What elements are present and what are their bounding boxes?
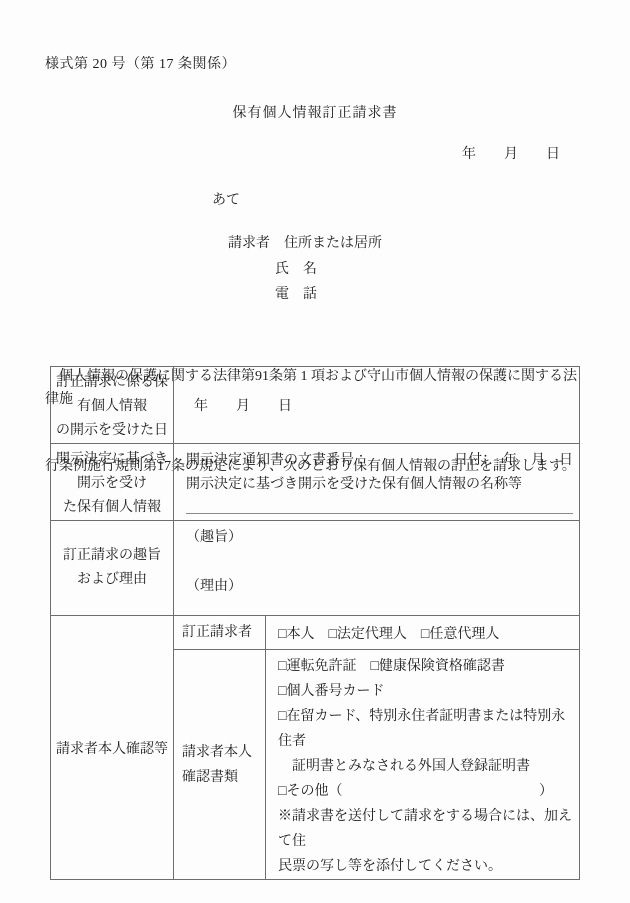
row3-content-cell: （趣旨） （理由）: [174, 521, 580, 616]
id-docs-label-line: 確認書類: [182, 765, 265, 790]
id-doc-option: □在留カード、特別永住者証明書または特別永住者: [278, 704, 573, 754]
row3-header-line: および理由: [51, 568, 173, 592]
requester-address-line: 請求者 住所または居所: [228, 232, 382, 252]
row1-header-cell: 訂正請求に係る保 有個人情報 の開示を受けた日: [51, 367, 174, 444]
row2-doc-number-line: 開示決定通知書の文書番号： 日付： 年 月 日: [186, 449, 573, 473]
info-name-label: 開示決定に基づき開示を受けた保有個人情報の名称等: [186, 473, 573, 497]
other-option-open: □その他（: [278, 779, 342, 804]
row1-header-line: 有個人情報: [51, 395, 173, 419]
table-row-disclosure-date: 訂正請求に係る保 有個人情報 の開示を受けた日 年 月 日: [51, 367, 580, 444]
table-row-disclosed-info: 開示決定に基づき 開示を受け た保有個人情報 開示決定通知書の文書番号： 日付：…: [51, 444, 580, 521]
id-doc-option-continuation: 証明書とみなされる外国人登録証明書: [278, 754, 573, 779]
id-doc-option: □個人番号カード: [278, 679, 573, 704]
addressee-suffix: あて: [212, 189, 240, 209]
row3-header-line: 訂正請求の趣旨: [51, 544, 173, 568]
claimant-label-cell: 訂正請求者: [174, 616, 266, 650]
doc-number-label: 開示決定通知書の文書番号：: [186, 449, 368, 473]
row1-header-line: の開示を受けた日: [51, 419, 173, 443]
table-row-purpose-reason: 訂正請求の趣旨 および理由 （趣旨） （理由）: [51, 521, 580, 616]
id-docs-list-cell: □運転免許証 □健康保険資格確認書 □個人番号カード □在留カード、特別永住者証…: [266, 650, 580, 880]
claimant-label: 訂正請求者: [182, 625, 252, 640]
date-blank-line: 年 月 日: [0, 143, 630, 163]
row3-header-cell: 訂正請求の趣旨 および理由: [51, 521, 174, 616]
row4-header-cell: 請求者本人確認等: [51, 616, 174, 880]
id-doc-other-option: □その他（ ）: [278, 779, 573, 804]
claimant-checkbox-options: □本人 □法定代理人 □任意代理人: [278, 627, 499, 642]
requester-name-line: 氏 名: [275, 258, 317, 278]
purpose-label: （趣旨）: [186, 528, 579, 548]
row2-header-line: 開示を受け: [51, 472, 173, 496]
identity-check-header: 請求者本人確認等: [56, 742, 168, 757]
claimant-options-cell: □本人 □法定代理人 □任意代理人: [266, 616, 580, 650]
row2-content-cell: 開示決定通知書の文書番号： 日付： 年 月 日 開示決定に基づき開示を受けた保有…: [174, 444, 580, 521]
form-number: 様式第 20 号（第 17 条関係）: [45, 53, 236, 73]
row1-date-cell: 年 月 日: [174, 367, 580, 444]
row2-header-cell: 開示決定に基づき 開示を受け た保有個人情報: [51, 444, 174, 521]
fill-in-underline: [186, 501, 573, 514]
row1-date-placeholder: 年 月 日: [194, 399, 292, 414]
mail-note-line: 民票の写し等を添付してください。: [278, 854, 573, 879]
reason-label: （理由）: [186, 577, 579, 597]
doc-date-label: 日付： 年 月 日: [454, 449, 573, 473]
row2-header-line: た保有個人情報: [51, 496, 173, 520]
id-doc-option: □運転免許証 □健康保険資格確認書: [278, 654, 573, 679]
document-page: 様式第 20 号（第 17 条関係） 保有個人情報訂正請求書 年 月 日 あて …: [0, 0, 630, 903]
request-form-table: 訂正請求に係る保 有個人情報 の開示を受けた日 年 月 日 開示決定に基づき 開…: [50, 366, 580, 880]
page-title: 保有個人情報訂正請求書: [0, 102, 630, 122]
id-docs-label-line: 請求者本人: [182, 740, 265, 765]
mail-note-line: ※請求書を送付して請求をする場合には、加えて住: [278, 804, 573, 854]
table-row-claimant-type: 請求者本人確認等 訂正請求者 □本人 □法定代理人 □任意代理人: [51, 616, 580, 650]
id-docs-label-cell: 請求者本人 確認書類: [174, 650, 266, 880]
other-option-close-paren: ）: [539, 779, 553, 804]
row2-header-line: 開示決定に基づき: [51, 448, 173, 472]
requester-phone-line: 電 話: [275, 283, 317, 303]
row1-header-line: 訂正請求に係る保: [51, 371, 173, 395]
